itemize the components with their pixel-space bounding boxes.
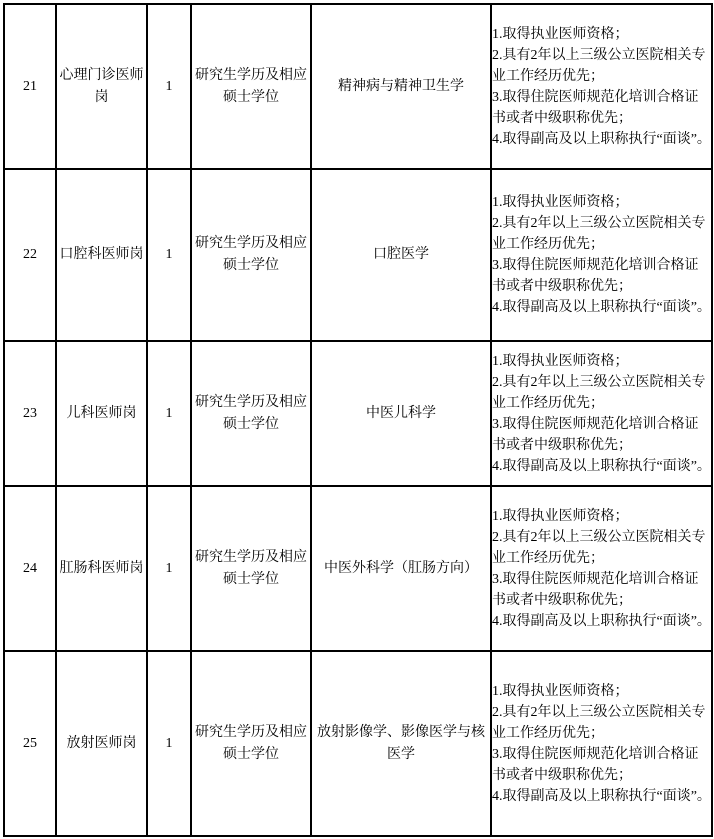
table-row: 25放射医师岗1研究生学历及相应硕士学位放射影像学、影像医学与核医学1.取得执业…	[4, 651, 712, 836]
cell-major: 中医儿科学	[311, 341, 491, 486]
table-row: 21心理门诊医师岗1研究生学历及相应硕士学位精神病与精神卫生学1.取得执业医师资…	[4, 4, 712, 169]
table-row: 23儿科医师岗1研究生学历及相应硕士学位中医儿科学1.取得执业医师资格；2.具有…	[4, 341, 712, 486]
cell-education: 研究生学历及相应硕士学位	[191, 4, 311, 169]
requirement-item: 3.取得住院医师规范化培训合格证书或者中级职称优先；	[492, 255, 711, 297]
cell-position: 口腔科医师岗	[56, 169, 147, 341]
cell-requirements: 1.取得执业医师资格；2.具有2年以上三级公立医院相关专业工作经历优先；3.取得…	[491, 341, 712, 486]
cell-major: 精神病与精神卫生学	[311, 4, 491, 169]
cell-count: 1	[147, 651, 191, 836]
cell-count: 1	[147, 341, 191, 486]
cell-major: 中医外科学（肛肠方向）	[311, 486, 491, 651]
cell-major: 口腔医学	[311, 169, 491, 341]
cell-position: 心理门诊医师岗	[56, 4, 147, 169]
cell-number: 24	[4, 486, 56, 651]
cell-number: 22	[4, 169, 56, 341]
requirement-item: 2.具有2年以上三级公立医院相关专业工作经历优先；	[492, 45, 711, 87]
table-row: 24肛肠科医师岗1研究生学历及相应硕士学位中医外科学（肛肠方向）1.取得执业医师…	[4, 486, 712, 651]
cell-number: 25	[4, 651, 56, 836]
cell-requirements: 1.取得执业医师资格；2.具有2年以上三级公立医院相关专业工作经历优先；3.取得…	[491, 169, 712, 341]
requirement-item: 4.取得副高及以上职称执行“面谈”。	[492, 129, 711, 150]
cell-count: 1	[147, 486, 191, 651]
requirement-item: 3.取得住院医师规范化培训合格证书或者中级职称优先；	[492, 87, 711, 129]
cell-requirements: 1.取得执业医师资格；2.具有2年以上三级公立医院相关专业工作经历优先；3.取得…	[491, 4, 712, 169]
cell-requirements: 1.取得执业医师资格；2.具有2年以上三级公立医院相关专业工作经历优先；3.取得…	[491, 651, 712, 836]
cell-education: 研究生学历及相应硕士学位	[191, 341, 311, 486]
cell-major: 放射影像学、影像医学与核医学	[311, 651, 491, 836]
requirement-item: 3.取得住院医师规范化培训合格证书或者中级职称优先；	[492, 569, 711, 611]
requirement-item: 1.取得执业医师资格；	[492, 192, 711, 213]
cell-position: 肛肠科医师岗	[56, 486, 147, 651]
requirement-item: 4.取得副高及以上职称执行“面谈”。	[492, 611, 711, 632]
requirement-item: 1.取得执业医师资格；	[492, 24, 711, 45]
requirement-item: 4.取得副高及以上职称执行“面谈”。	[492, 786, 711, 807]
cell-count: 1	[147, 169, 191, 341]
table-body: 21心理门诊医师岗1研究生学历及相应硕士学位精神病与精神卫生学1.取得执业医师资…	[4, 4, 712, 836]
requirement-item: 3.取得住院医师规范化培训合格证书或者中级职称优先；	[492, 414, 711, 456]
positions-table: 21心理门诊医师岗1研究生学历及相应硕士学位精神病与精神卫生学1.取得执业医师资…	[3, 3, 713, 837]
cell-position: 放射医师岗	[56, 651, 147, 836]
cell-count: 1	[147, 4, 191, 169]
requirement-item: 4.取得副高及以上职称执行“面谈”。	[492, 456, 711, 477]
requirement-item: 2.具有2年以上三级公立医院相关专业工作经历优先；	[492, 527, 711, 569]
requirement-item: 4.取得副高及以上职称执行“面谈”。	[492, 297, 711, 318]
table-row: 22口腔科医师岗1研究生学历及相应硕士学位口腔医学1.取得执业医师资格；2.具有…	[4, 169, 712, 341]
cell-position: 儿科医师岗	[56, 341, 147, 486]
requirement-item: 1.取得执业医师资格；	[492, 351, 711, 372]
requirement-item: 3.取得住院医师规范化培训合格证书或者中级职称优先；	[492, 744, 711, 786]
cell-education: 研究生学历及相应硕士学位	[191, 486, 311, 651]
cell-number: 23	[4, 341, 56, 486]
requirement-item: 2.具有2年以上三级公立医院相关专业工作经历优先；	[492, 213, 711, 255]
requirement-item: 1.取得执业医师资格；	[492, 681, 711, 702]
cell-number: 21	[4, 4, 56, 169]
cell-education: 研究生学历及相应硕士学位	[191, 651, 311, 836]
cell-requirements: 1.取得执业医师资格；2.具有2年以上三级公立医院相关专业工作经历优先；3.取得…	[491, 486, 712, 651]
requirement-item: 2.具有2年以上三级公立医院相关专业工作经历优先；	[492, 702, 711, 744]
requirement-item: 2.具有2年以上三级公立医院相关专业工作经历优先；	[492, 372, 711, 414]
cell-education: 研究生学历及相应硕士学位	[191, 169, 311, 341]
requirement-item: 1.取得执业医师资格；	[492, 506, 711, 527]
